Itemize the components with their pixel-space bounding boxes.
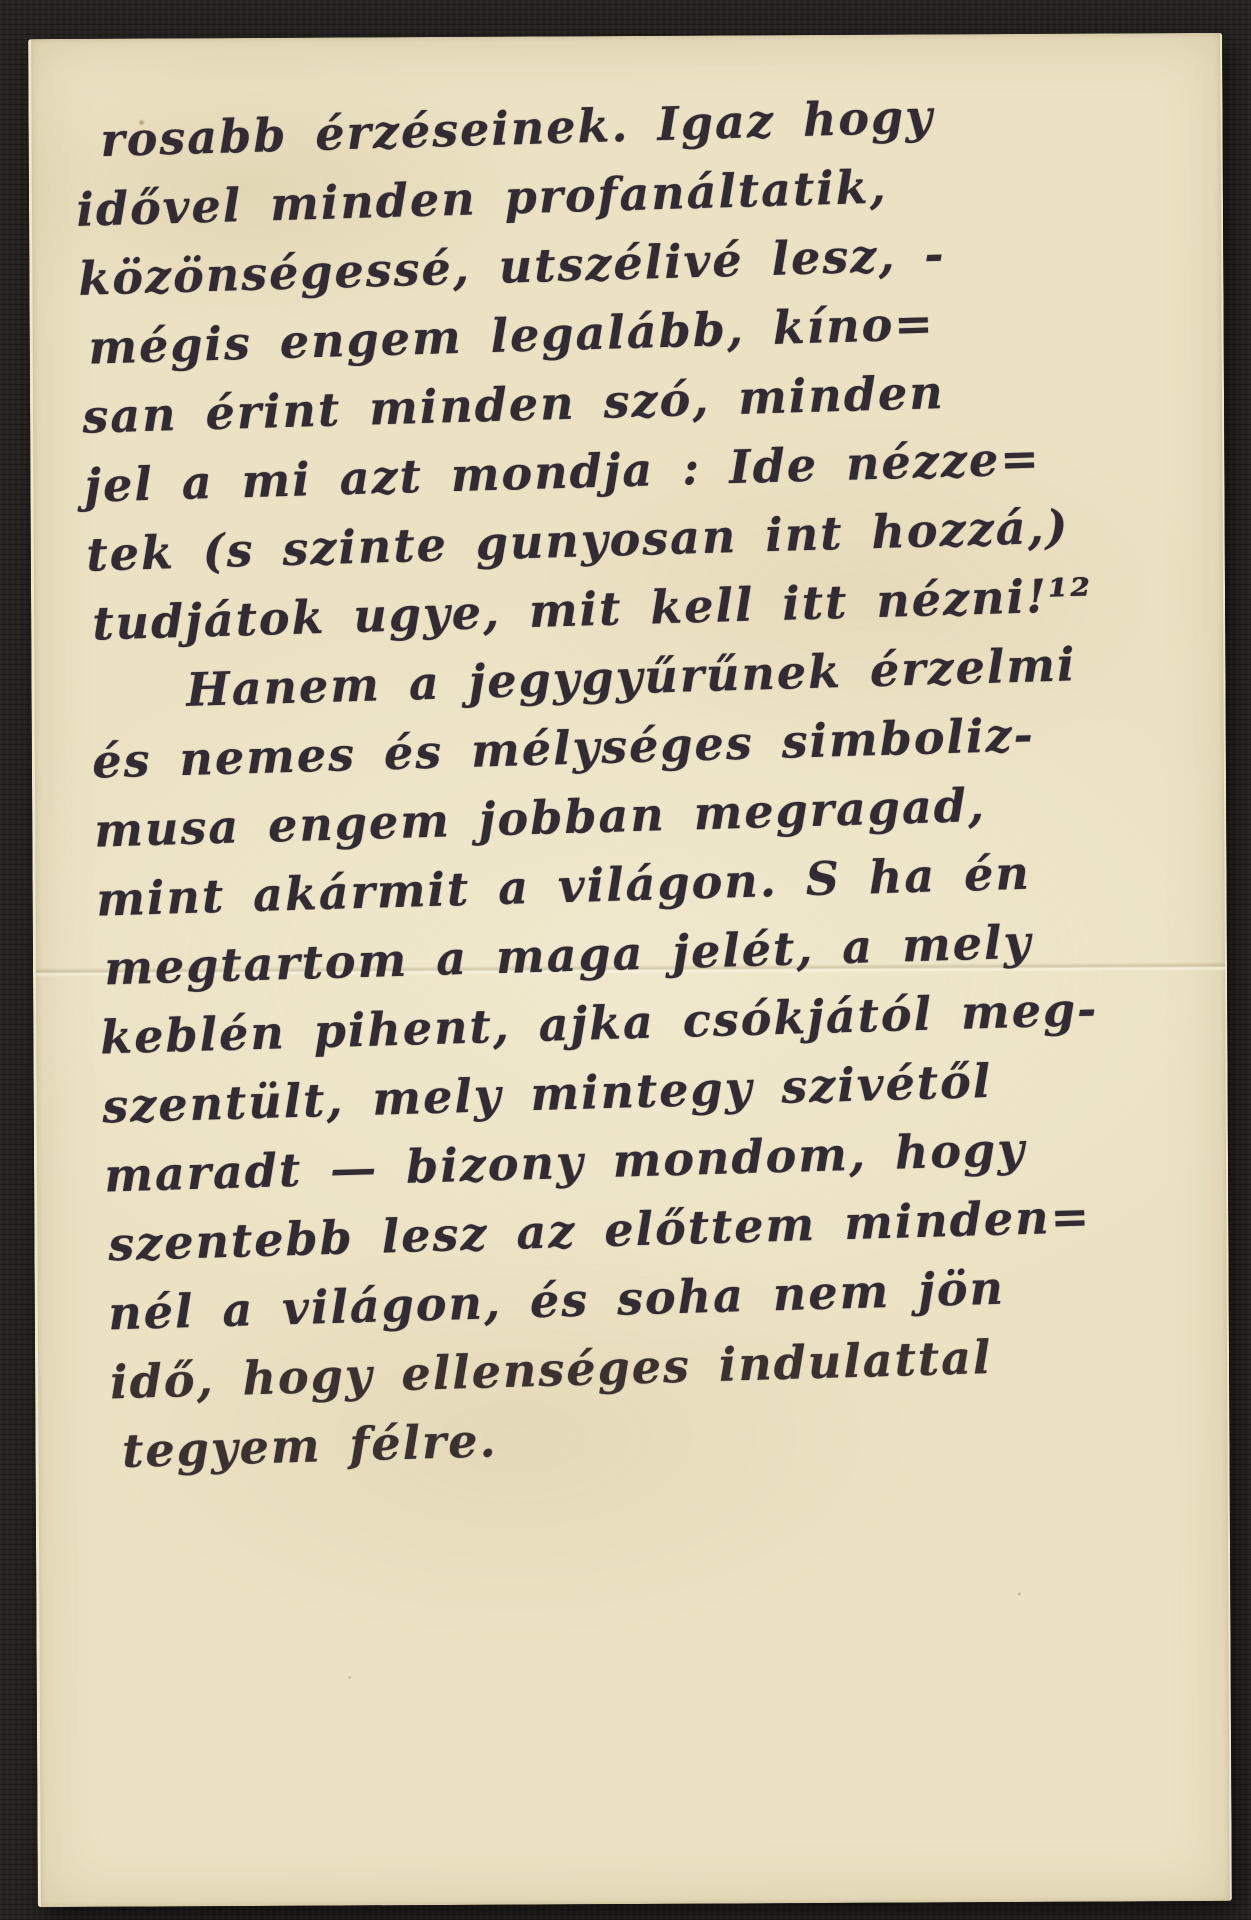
handwriting-text: rosabb érzéseinek. Igaz hogy idővel mind… — [73, 75, 1217, 1486]
letter-page: rosabb érzéseinek. Igaz hogy idővel mind… — [28, 33, 1232, 1907]
photo-background: rosabb érzéseinek. Igaz hogy idővel mind… — [0, 0, 1251, 1920]
